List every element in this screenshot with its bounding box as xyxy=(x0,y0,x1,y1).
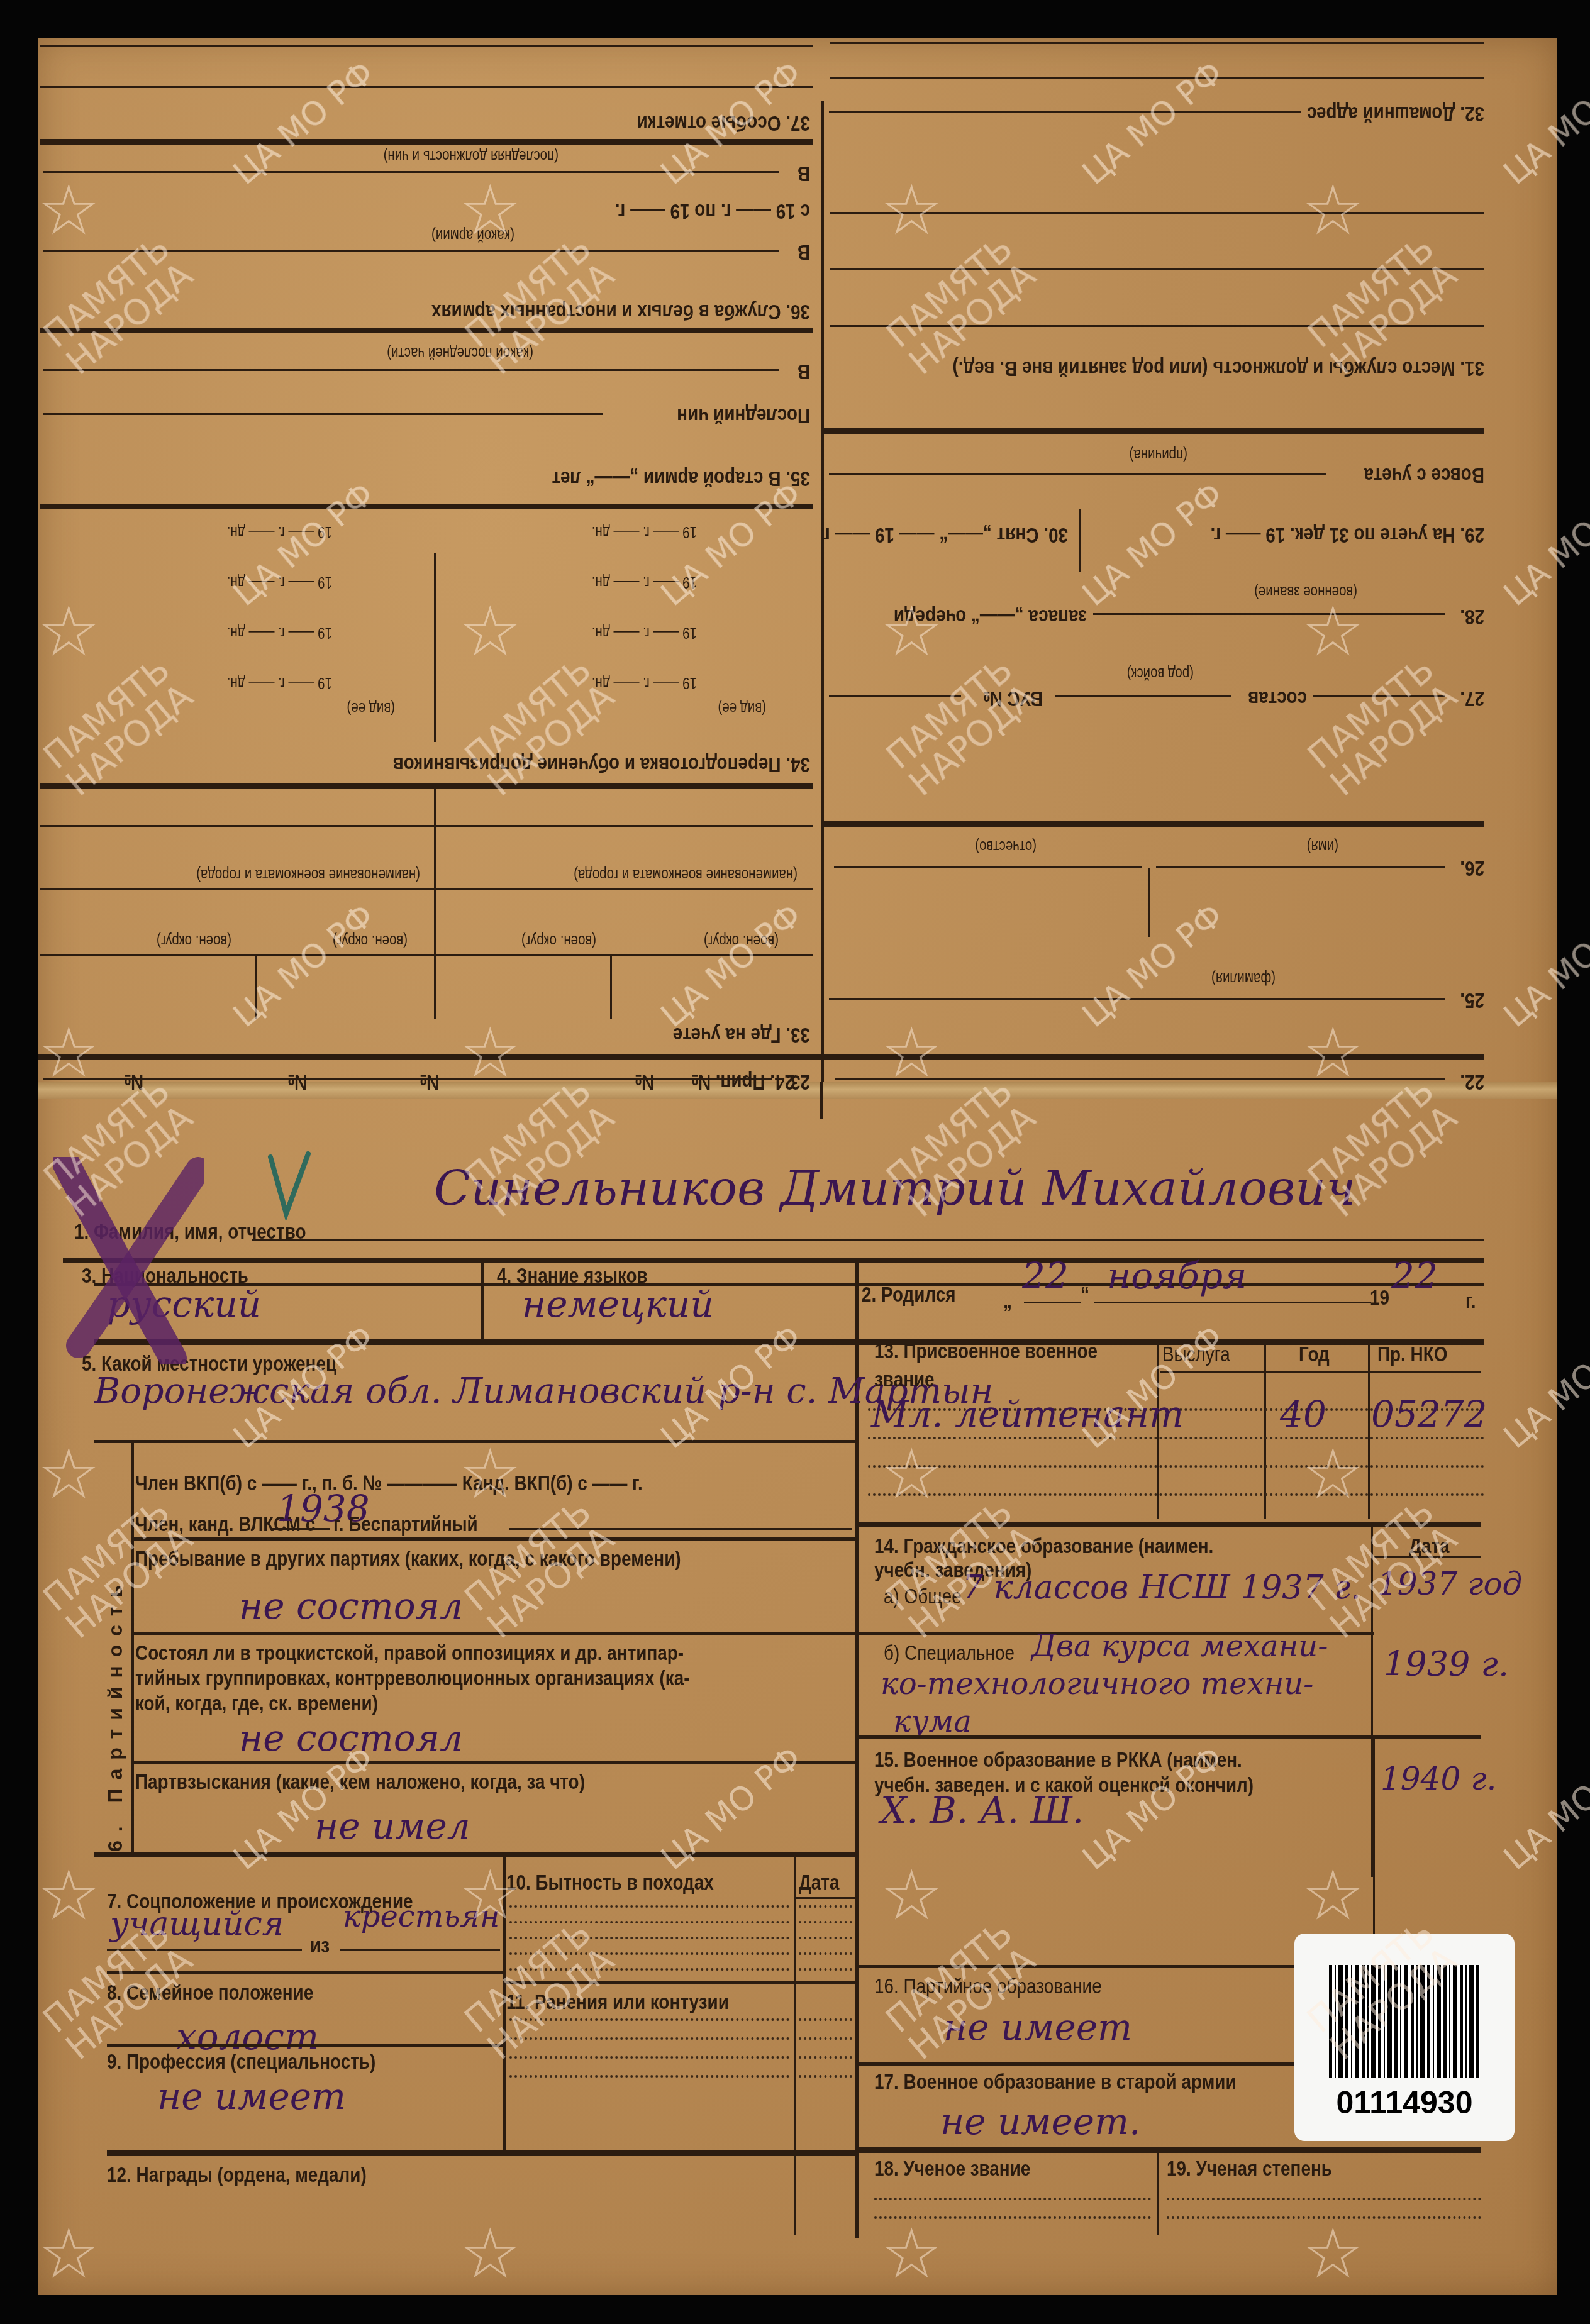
separator xyxy=(40,139,813,145)
party-opp-value: не состоял xyxy=(239,1717,463,1759)
quote-close: “ xyxy=(1081,1283,1089,1307)
separator xyxy=(94,1852,855,1857)
party-side-label: 6. Партийность xyxy=(104,1576,127,1852)
dotted-line xyxy=(799,1921,852,1923)
purple-x-mark-icon xyxy=(53,1157,204,1364)
field-31-line3 xyxy=(830,212,1484,214)
field-31-line1 xyxy=(830,325,1484,327)
line xyxy=(40,45,813,47)
month-line xyxy=(1094,1302,1371,1303)
vid-2: (вид ее) xyxy=(347,699,395,717)
field-14b-value-1: Два курса механи- xyxy=(1031,1629,1328,1664)
line xyxy=(43,413,603,415)
dotted-line xyxy=(799,2075,852,2078)
separator xyxy=(107,2044,503,2047)
separator xyxy=(40,783,813,789)
col-god: Год xyxy=(1299,1342,1330,1367)
divider xyxy=(1368,1342,1370,1519)
okrug-2: (воен. округ) xyxy=(521,931,596,949)
field-27-label: 27. xyxy=(1460,686,1484,711)
field-26-patr-sub: (отчество) xyxy=(975,837,1037,855)
field-14b-value-3: кума xyxy=(893,1704,972,1739)
field-36-v: В xyxy=(798,240,810,264)
field-27-line3 xyxy=(829,695,961,697)
field-35-sub: (какой последней части) xyxy=(387,343,533,362)
field-30-line xyxy=(829,473,1326,475)
field-9-value: не имеет xyxy=(157,2075,346,2118)
dotted-line xyxy=(799,1937,852,1939)
party-other-label: Пребывание в других партиях (каких, когд… xyxy=(135,1547,681,1571)
divider xyxy=(1264,1342,1266,1519)
col-vyslu: Выслуга xyxy=(1162,1342,1230,1367)
row-2a: 19 —— г. —— дн. xyxy=(592,623,697,641)
field-7-origin: крестьян xyxy=(343,1899,500,1934)
field-25-sub: (фамилия) xyxy=(1211,969,1276,987)
field-24-no3: № xyxy=(287,1070,307,1094)
field-2-label: 2. Родился xyxy=(862,1283,956,1307)
line xyxy=(1374,1556,1481,1558)
field-2-year: 22 xyxy=(1391,1254,1438,1297)
line xyxy=(340,1949,500,1951)
field-27-vus: ВУС № xyxy=(983,686,1043,711)
separator xyxy=(132,1537,855,1541)
field-14a-value: 7 классов НСШ 1937 г. xyxy=(962,1569,1361,1607)
voenkomat-1: (наименование военкомата и города) xyxy=(574,865,798,883)
barcode-icon xyxy=(1329,1965,1480,2078)
dotted-line xyxy=(509,2018,789,2021)
line xyxy=(796,1897,855,1899)
divider xyxy=(820,1082,823,1119)
dotted-line xyxy=(799,2037,852,2040)
party-other-value: не состоял xyxy=(239,1585,463,1627)
field-28-label: 28. xyxy=(1460,604,1484,629)
row-2b: 19 —— г. —— дн. xyxy=(227,623,332,641)
separator xyxy=(38,1054,1484,1060)
line xyxy=(43,171,779,173)
field-32-line xyxy=(829,111,1301,113)
field-13-value: Мл. лейтенант xyxy=(871,1393,1184,1436)
field-30-sub: (причина) xyxy=(1130,445,1187,463)
line xyxy=(43,369,779,371)
separator xyxy=(824,428,1484,434)
field-36-sub1: (какой армии) xyxy=(431,226,514,244)
party-vkp: Член ВКП(б) с —— г., п. б. № ———— Канд. … xyxy=(135,1471,643,1496)
field-14a-date: 1937 год xyxy=(1377,1566,1522,1602)
separator xyxy=(824,821,1484,827)
field-25-line xyxy=(829,998,1445,1000)
dotted-line xyxy=(1167,2216,1481,2219)
separator xyxy=(859,1735,1481,1739)
field-14a-label: а) Общее xyxy=(884,1585,962,1609)
dotted-line xyxy=(1167,2198,1481,2200)
line xyxy=(270,1528,330,1530)
line xyxy=(40,86,813,88)
field-14-date-hdr: Дата xyxy=(1409,1534,1450,1559)
divider xyxy=(131,1443,134,1852)
field-32-line3 xyxy=(830,42,1484,44)
divider xyxy=(434,789,436,890)
field-12-label: 12. Награды (ордена, медали) xyxy=(107,2163,367,2188)
separator xyxy=(132,1761,855,1764)
field-24-no4: № xyxy=(124,1070,143,1094)
party-vlksm-suffix: г. Беспартийный xyxy=(333,1512,478,1537)
party-pen-value: не имел xyxy=(314,1805,470,1847)
row-1a: 19 —— г. —— дн. xyxy=(592,673,697,692)
dotted-line xyxy=(509,1937,789,1939)
separator xyxy=(94,1339,1484,1345)
field-7-value: учащийся xyxy=(110,1905,284,1943)
party-opp-label-3: кой, когда, где, ск. времени) xyxy=(135,1691,378,1716)
field-33-label: 33. Где на учете xyxy=(673,1022,810,1047)
barcode-number: 01114930 xyxy=(1294,2084,1515,2121)
dotted-line xyxy=(509,2075,789,2078)
field-14b-date: 1939 г. xyxy=(1384,1644,1509,1684)
field-30-label: 30. Снят „——“ —— 19 —— г. xyxy=(820,523,1068,547)
row-3a: 19 —— г. —— дн. xyxy=(592,573,697,591)
field-24-no2: № xyxy=(420,1070,439,1094)
field-18-label: 18. Ученое звание xyxy=(874,2157,1030,2181)
divider xyxy=(255,956,257,1019)
field-26-label: 26. xyxy=(1460,856,1484,880)
okrug-1: (воен. округ) xyxy=(704,931,779,949)
field-27-sub: (род войск) xyxy=(1127,664,1194,682)
divider xyxy=(1079,509,1081,572)
field-2-month: ноября xyxy=(1107,1254,1247,1297)
field-25-label: 25. xyxy=(1460,988,1484,1012)
field-5-value: Воронежская обл. Лимановский р-н с. Март… xyxy=(94,1371,993,1412)
voenkomat-2: (наименование военкомата и города) xyxy=(196,865,420,883)
field-23-no: № xyxy=(635,1070,654,1094)
field-27-line xyxy=(1313,695,1445,697)
divider xyxy=(434,553,436,742)
separator xyxy=(63,1258,1484,1263)
field-9-label: 9. Профессия (специальность) xyxy=(107,2050,375,2074)
field-27-sostav: состав xyxy=(1248,686,1307,711)
field-35-v: В xyxy=(798,359,810,384)
row-1b: 19 —— г. —— дн. xyxy=(227,673,332,692)
line xyxy=(40,888,813,890)
dotted-line xyxy=(799,1952,852,1955)
field-2-day: 22 xyxy=(1022,1254,1069,1297)
line xyxy=(1160,1371,1481,1373)
field-10-date: Дата xyxy=(799,1871,840,1895)
line xyxy=(509,1528,852,1530)
field-17-value: не имеет. xyxy=(940,2100,1141,2143)
field-16-value: не имеет xyxy=(943,2006,1132,2049)
separator xyxy=(107,2150,855,2156)
dotted-line xyxy=(799,2018,852,2021)
field-11-label: 11. Ранения или контузии xyxy=(506,1990,729,2015)
field-7-from: из xyxy=(310,1934,330,1958)
field-2-suffix: г. xyxy=(1465,1289,1476,1314)
party-opp-label-2: тийных группировках, контрреволюционных … xyxy=(135,1666,689,1691)
field-8-label: 8. Семейное положение xyxy=(107,1981,313,2005)
field-29-label: 29. На учете по 31 дек. 19 —— г. xyxy=(1211,523,1484,547)
dotted-line xyxy=(874,2198,1151,2200)
field-31-label: 31. Место службы и должность (или род за… xyxy=(953,356,1484,380)
field-14b-value-2: ко-технологичного техни- xyxy=(881,1666,1313,1701)
field-16-label: 16. Партийное образование xyxy=(874,1974,1102,1999)
dotted-line xyxy=(509,1905,789,1908)
vid-1: (вид ее) xyxy=(718,699,766,717)
dotted-line xyxy=(509,2037,789,2040)
dotted-line xyxy=(799,2056,852,2059)
main-divider xyxy=(821,101,824,1056)
field-36-label: 36. Служба в белых и иностранных армиях xyxy=(431,299,810,324)
dotted-line xyxy=(509,2056,789,2059)
divider xyxy=(794,2154,796,2235)
field-22-label: 22. xyxy=(1460,1070,1484,1094)
separator xyxy=(40,504,813,509)
field-28-line xyxy=(1093,613,1445,615)
separator xyxy=(107,1971,503,1974)
line xyxy=(40,825,813,827)
field-1-line xyxy=(252,1239,1484,1241)
upper-half-inverted: 22. 23. № 24. Прип. № № № № 25. (фамилия… xyxy=(0,0,1590,1094)
field-32-line2 xyxy=(830,77,1484,79)
field-15-label-1: 15. Военное образование в РККА (наимен. xyxy=(874,1748,1242,1773)
quote-open: „ xyxy=(1003,1289,1012,1314)
field-14b-label: б) Специальное xyxy=(884,1641,1015,1666)
field-19-label: 19. Ученая степень xyxy=(1167,2157,1332,2181)
field-26-name-sub: (имя) xyxy=(1307,837,1338,855)
separator xyxy=(859,2147,1481,2153)
field-1-underline xyxy=(94,1283,1484,1286)
field-13-nko: 05272 xyxy=(1371,1393,1487,1436)
line xyxy=(107,1949,302,1951)
divider xyxy=(794,1855,796,2150)
barcode-sticker: 01114930 xyxy=(1294,1934,1515,2141)
field-4-value: немецкий xyxy=(522,1283,714,1325)
col-nko: Пр. НКО xyxy=(1377,1342,1447,1367)
field-28-zapas: запаса „——“ очереди xyxy=(894,604,1087,629)
field-36-v2: В xyxy=(798,161,810,185)
dotted-line xyxy=(509,1952,789,1955)
field-26-line-patr xyxy=(834,866,1142,868)
field-13-god: 40 xyxy=(1280,1393,1326,1436)
divider xyxy=(1157,2150,1159,2235)
field-30-vovse: Вовсе с учета xyxy=(1364,463,1484,487)
dotted-line xyxy=(799,1905,852,1908)
row-4a: 19 —— г. —— дн. xyxy=(592,523,697,541)
field-15-value: Х. В. А. Ш. xyxy=(881,1789,1084,1832)
dotted-line xyxy=(799,1968,852,1971)
field-1-value: Синельников Дмитрий Михайлович xyxy=(434,1160,1355,1216)
party-opp-label-1: Состоял ли в троцкистской, правой оппози… xyxy=(135,1641,684,1666)
field-37-label: 37. Особые отметки xyxy=(637,111,810,135)
field-31-line2 xyxy=(830,268,1484,270)
field-14-label-1: 14. Гражданское образование (наимен. xyxy=(874,1534,1213,1559)
dotted-line xyxy=(509,1921,789,1923)
field-34-label: 34. Переподготовка и обучение допризывни… xyxy=(392,752,810,777)
field-26-line-name xyxy=(1156,866,1445,868)
party-pen-label: Партвзыскания (какие, кем наложено, когд… xyxy=(135,1770,585,1795)
dotted-line xyxy=(868,1465,1484,1468)
field-15-date: 1940 г. xyxy=(1381,1761,1496,1797)
line xyxy=(40,954,813,956)
separator xyxy=(94,1440,859,1443)
field-22-line xyxy=(835,1078,1445,1080)
dotted-line xyxy=(509,1968,789,1971)
field-28-sub: (военное звание) xyxy=(1254,582,1357,600)
dotted-line xyxy=(874,2216,1151,2219)
field-13-label-1: 13. Присвоенное военное xyxy=(874,1339,1098,1364)
field-10-label: 10. Бытность в походах xyxy=(506,1871,714,1895)
dotted-line xyxy=(868,1493,1484,1496)
green-check-mark-icon xyxy=(264,1151,314,1220)
divider xyxy=(481,1261,484,1339)
okrug-4: (воен. округ) xyxy=(157,931,231,949)
field-35-chin: Последний чин xyxy=(677,403,810,428)
field-36-sub2: (последняя должность и чин) xyxy=(384,147,559,165)
dotted-line xyxy=(868,1437,1484,1439)
separator xyxy=(506,1981,855,1984)
row-4b: 19 —— г. —— дн. xyxy=(227,523,332,541)
row-3b: 19 —— г. —— дн. xyxy=(227,573,332,591)
field-36-dates: с 19 —— г. по 19 —— г. xyxy=(615,199,810,223)
field-24-label: 24. Прип. № xyxy=(691,1070,794,1094)
field-13-label-2: звание xyxy=(874,1368,935,1392)
field-32-label: 32. Домашний адрес xyxy=(1307,101,1484,126)
field-35-label: 35. В старой армии „——“ лет xyxy=(552,466,810,490)
separator xyxy=(859,1522,1481,1527)
field-2-year-prefix: 19 xyxy=(1370,1286,1389,1310)
separator xyxy=(40,328,813,333)
line xyxy=(43,250,779,252)
field-17-label: 17. Военное образование в старой армии xyxy=(874,2070,1237,2094)
divider xyxy=(610,956,612,1019)
divider xyxy=(434,874,436,1019)
separator xyxy=(132,1632,855,1635)
field-27-line2 xyxy=(1055,695,1231,697)
okrug-3: (воен. округ) xyxy=(333,931,408,949)
day-line xyxy=(1024,1302,1081,1303)
divider xyxy=(1148,868,1150,937)
